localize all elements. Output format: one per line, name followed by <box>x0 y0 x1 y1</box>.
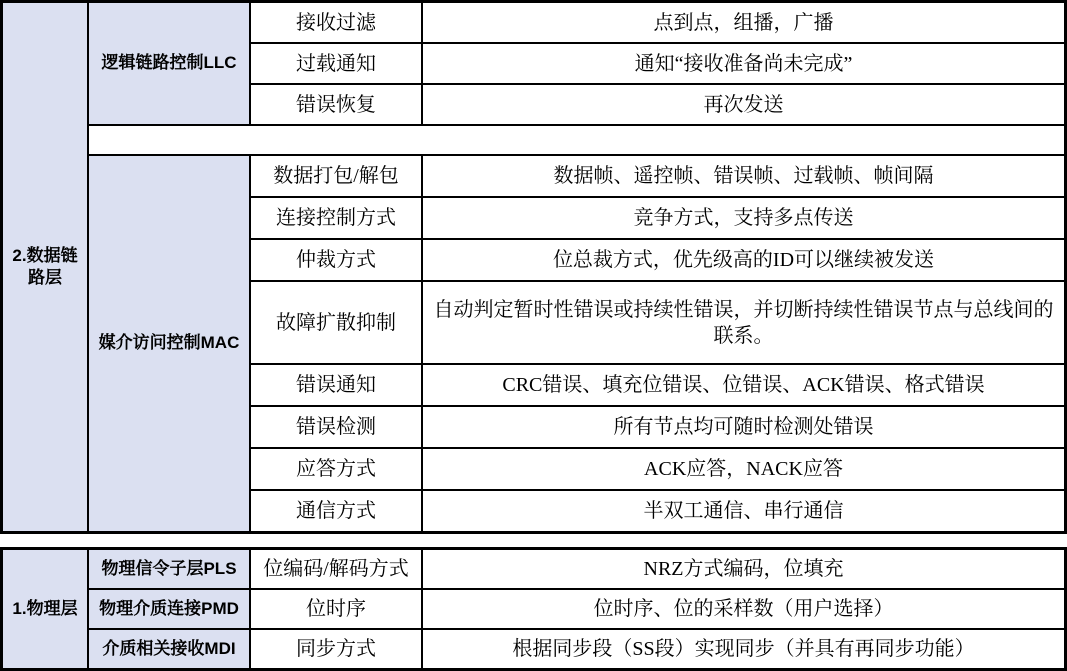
function-cell: 仲裁方式 <box>251 240 421 280</box>
page: 2.数据链路层 逻辑链路控制LLC 接收过滤 点到点，组播，广播 过载通知 通知… <box>0 0 1067 671</box>
function-cell: 同步方式 <box>251 630 421 668</box>
sublayer-cell-mac: 媒介访问控制MAC <box>89 156 249 531</box>
description-cell: 半双工通信、串行通信 <box>423 491 1064 531</box>
description-cell: 通知“接收准备尚未完成” <box>423 44 1064 83</box>
description-cell: 根据同步段（SS段）实现同步（并具有再同步功能） <box>423 630 1064 668</box>
function-cell: 通信方式 <box>251 491 421 531</box>
description-cell: 数据帧、遥控帧、错误帧、过载帧、帧间隔 <box>423 156 1064 196</box>
data-link-layer-table: 2.数据链路层 逻辑链路控制LLC 接收过滤 点到点，组播，广播 过载通知 通知… <box>0 0 1067 534</box>
layer-cell-physical: 1.物理层 <box>3 550 87 668</box>
function-cell: 位时序 <box>251 590 421 628</box>
function-cell: 错误检测 <box>251 407 421 447</box>
function-cell: 数据打包/解包 <box>251 156 421 196</box>
description-cell: 位时序、位的采样数（用户选择） <box>423 590 1064 628</box>
function-cell: 位编码/解码方式 <box>251 550 421 588</box>
spacer-row <box>89 126 1064 154</box>
function-cell: 应答方式 <box>251 449 421 489</box>
description-cell: ACK应答，NACK应答 <box>423 449 1064 489</box>
function-cell: 错误通知 <box>251 365 421 405</box>
description-cell: NRZ方式编码，位填充 <box>423 550 1064 588</box>
function-cell: 过载通知 <box>251 44 421 83</box>
function-cell: 故障扩散抑制 <box>251 282 421 363</box>
physical-layer-table: 1.物理层 物理信令子层PLS 位编码/解码方式 NRZ方式编码，位填充 物理介… <box>0 547 1067 671</box>
sublayer-cell-pls: 物理信令子层PLS <box>89 550 249 588</box>
sublayer-cell-llc: 逻辑链路控制LLC <box>89 3 249 124</box>
description-cell: 所有节点均可随时检测处错误 <box>423 407 1064 447</box>
description-cell: 竞争方式，支持多点传送 <box>423 198 1064 238</box>
description-cell: 自动判定暂时性错误或持续性错误，并切断持续性错误节点与总线间的联系。 <box>423 282 1064 363</box>
description-cell: 点到点，组播，广播 <box>423 3 1064 42</box>
sublayer-cell-mdi: 介质相关接收MDI <box>89 630 249 668</box>
description-cell: CRC错误、填充位错误、位错误、ACK错误、格式错误 <box>423 365 1064 405</box>
function-cell: 连接控制方式 <box>251 198 421 238</box>
description-cell: 位总裁方式，优先级高的ID可以继续被发送 <box>423 240 1064 280</box>
function-cell: 错误恢复 <box>251 85 421 124</box>
layer-cell-data-link: 2.数据链路层 <box>3 3 87 531</box>
description-cell: 再次发送 <box>423 85 1064 124</box>
sublayer-cell-pmd: 物理介质连接PMD <box>89 590 249 628</box>
function-cell: 接收过滤 <box>251 3 421 42</box>
